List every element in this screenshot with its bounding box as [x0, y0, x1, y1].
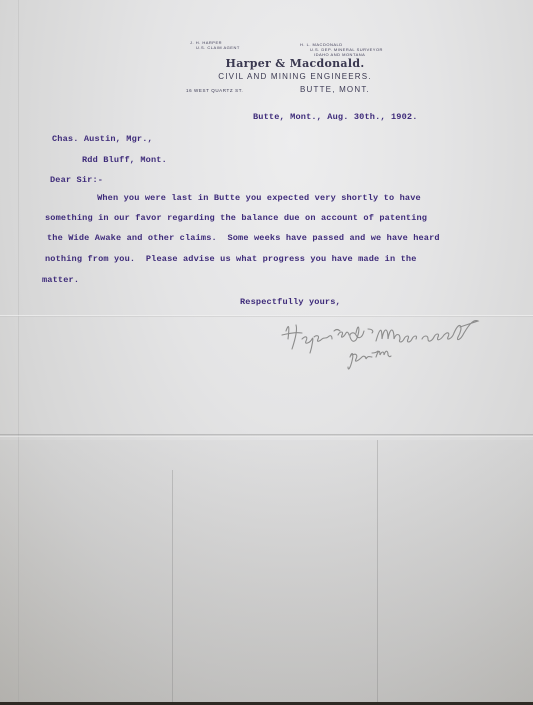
recipient-line: Chas. Austin, Mgr., [52, 134, 153, 144]
body-line: something in our favor regarding the bal… [45, 213, 427, 223]
body-line: When you were last in Butte you expected… [44, 193, 421, 203]
date-line: Butte, Mont., Aug. 30th., 1902. [253, 112, 418, 122]
partner-title: U.S. CLAIM AGENT [190, 45, 240, 50]
closing: Respectfully yours, [240, 297, 341, 307]
body-line: the Wide Awake and other claims. Some we… [47, 233, 440, 243]
body-line: matter. [42, 275, 79, 285]
body-line: nothing from you. Please advise us what … [45, 254, 417, 264]
paper-shading [0, 440, 533, 702]
fold-line [377, 440, 378, 702]
recipient-address: Rdd Bluff, Mont. [82, 155, 167, 165]
firm-city: BUTTE, MONT. [300, 85, 370, 94]
signature [272, 313, 512, 373]
fold-line [172, 470, 173, 702]
letterhead-right-partner: H. L. MACDONALD U.S. DEP. MINERAL SURVEY… [300, 42, 383, 57]
salutation: Dear Sir:- [50, 175, 103, 185]
fold-line [18, 0, 19, 702]
fold-line [0, 434, 533, 437]
firm-tagline: CIVIL AND MINING ENGINEERS. [180, 72, 410, 81]
firm-address: 16 WEST QUARTZ ST. [186, 88, 243, 93]
firm-name: Harper & Macdonald. [195, 57, 395, 70]
letterhead-left-partner: J. H. HARPER U.S. CLAIM AGENT [190, 40, 240, 50]
letter-page: J. H. HARPER U.S. CLAIM AGENT H. L. MACD… [0, 0, 533, 702]
